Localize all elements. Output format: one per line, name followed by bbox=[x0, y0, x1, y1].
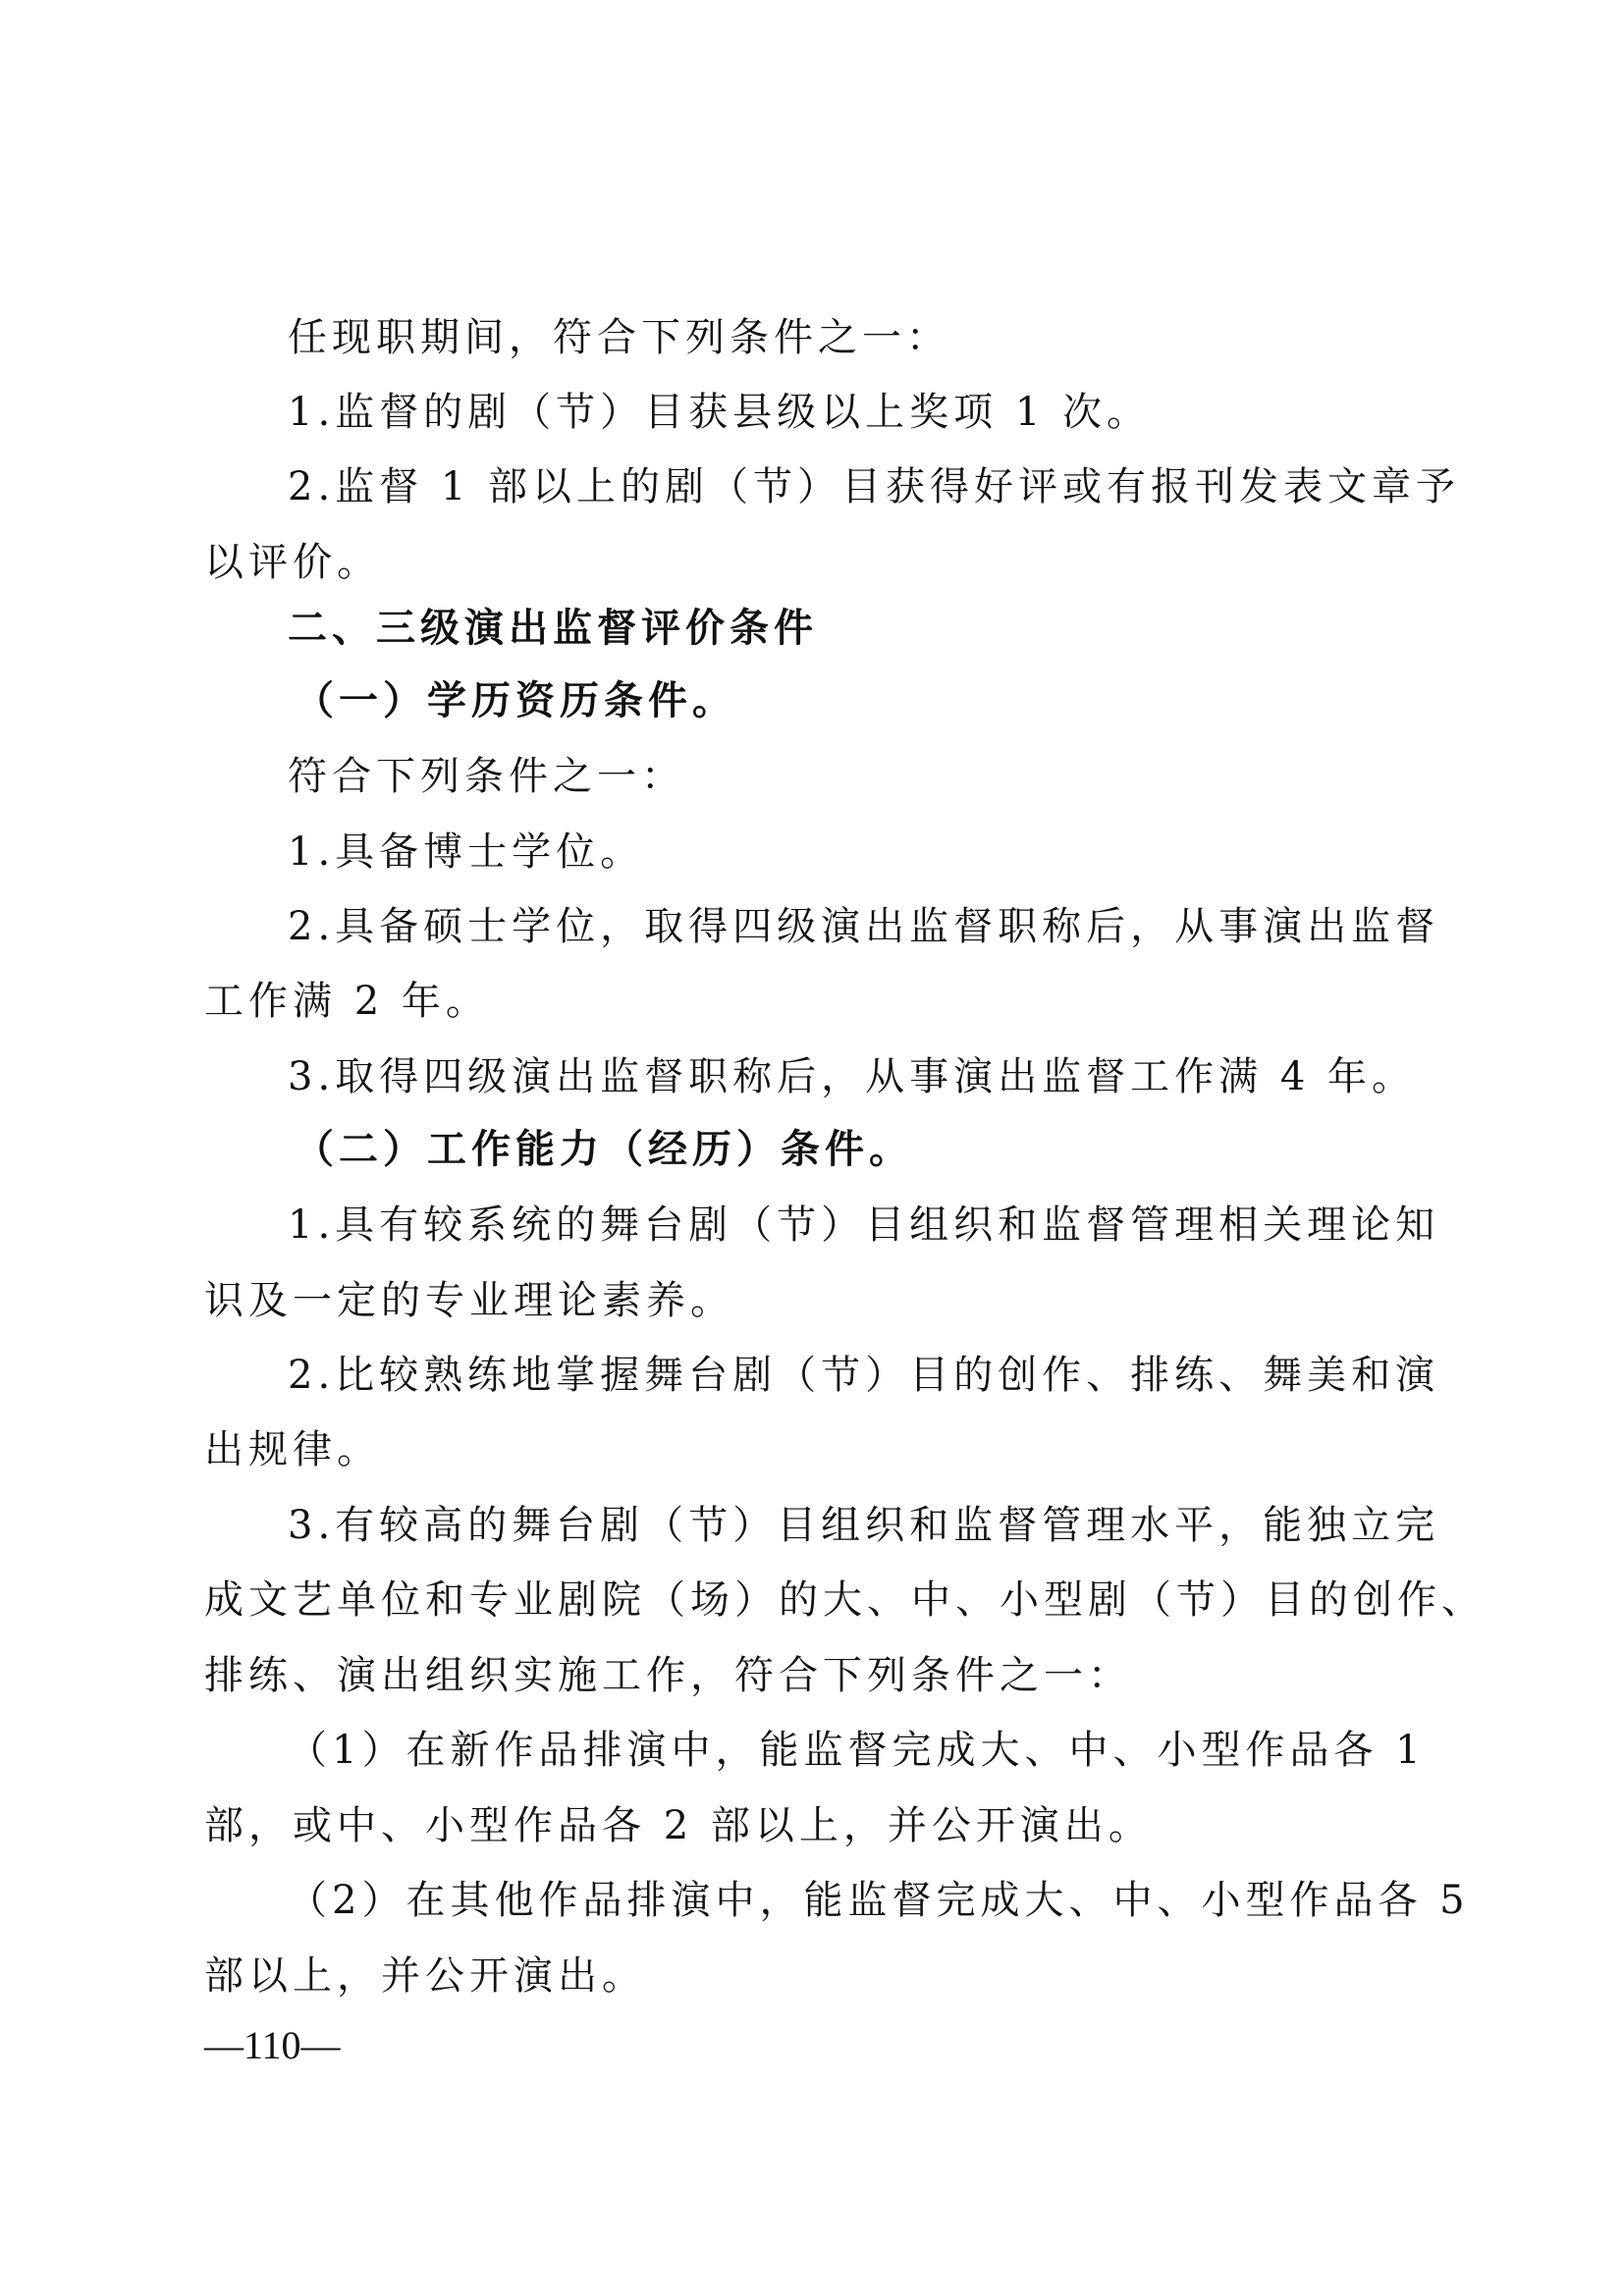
paragraph-line: 2.具备硕士学位，取得四级演出监督职称后，从事演出监督 bbox=[288, 901, 1439, 952]
page-number: —110— bbox=[204, 2020, 341, 2071]
subsection-heading: （一）学历资历条件。 bbox=[295, 675, 736, 726]
paragraph-line: 1.监督的剧（节）目获县级以上奖项 1 次。 bbox=[288, 387, 1151, 438]
paragraph-line: （2）在其他作品排演中，能监督完成大、中、小型作品各 5 bbox=[288, 1875, 1470, 1926]
paragraph-line: 1.具有较系统的舞台剧（节）目组织和监督管理相关理论知 bbox=[288, 1200, 1439, 1251]
subsection-heading: （二）工作能力（经历）条件。 bbox=[295, 1124, 913, 1175]
paragraph-continuation: 以评价。 bbox=[204, 537, 381, 588]
paragraph-continuation: 工作满 2 年。 bbox=[204, 976, 490, 1027]
paragraph-continuation: 识及一定的专业理论素养。 bbox=[204, 1275, 734, 1326]
paragraph-line: 任现职期间，符合下列条件之一： bbox=[288, 312, 950, 363]
paragraph-line: 1.具备博士学位。 bbox=[288, 827, 644, 878]
paragraph-line: 2.监督 1 部以上的剧（节）目获得好评或有报刊发表文章予 bbox=[288, 461, 1460, 512]
paragraph-continuation: 排练、演出组织实施工作，符合下列条件之一： bbox=[204, 1650, 1132, 1701]
section-heading: 二、三级演出监督评价条件 bbox=[288, 603, 818, 654]
paragraph-line: 3.有较高的舞台剧（节）目组织和监督管理水平，能独立完 bbox=[288, 1500, 1439, 1551]
document-page: 任现职期间，符合下列条件之一： 1.监督的剧（节）目获县级以上奖项 1 次。 2… bbox=[0, 0, 1623, 2296]
paragraph-line: 2.比较熟练地掌握舞台剧（节）目的创作、排练、舞美和演 bbox=[288, 1350, 1439, 1401]
paragraph-line: 符合下列条件之一： bbox=[288, 751, 685, 802]
paragraph-continuation: 部以上，并公开演出。 bbox=[204, 1950, 646, 2002]
paragraph-continuation: 出规律。 bbox=[204, 1424, 381, 1475]
paragraph-continuation: 成文艺单位和专业剧院（场）的大、中、小型剧（节）目的创作、 bbox=[204, 1575, 1486, 1626]
paragraph-line: （1）在新作品排演中，能监督完成大、中、小型作品各 1 bbox=[288, 1725, 1426, 1776]
paragraph-continuation: 部，或中、小型作品各 2 部以上，并公开演出。 bbox=[204, 1800, 1153, 1851]
paragraph-line: 3.取得四级演出监督职称后，从事演出监督工作满 4 年。 bbox=[288, 1051, 1416, 1102]
